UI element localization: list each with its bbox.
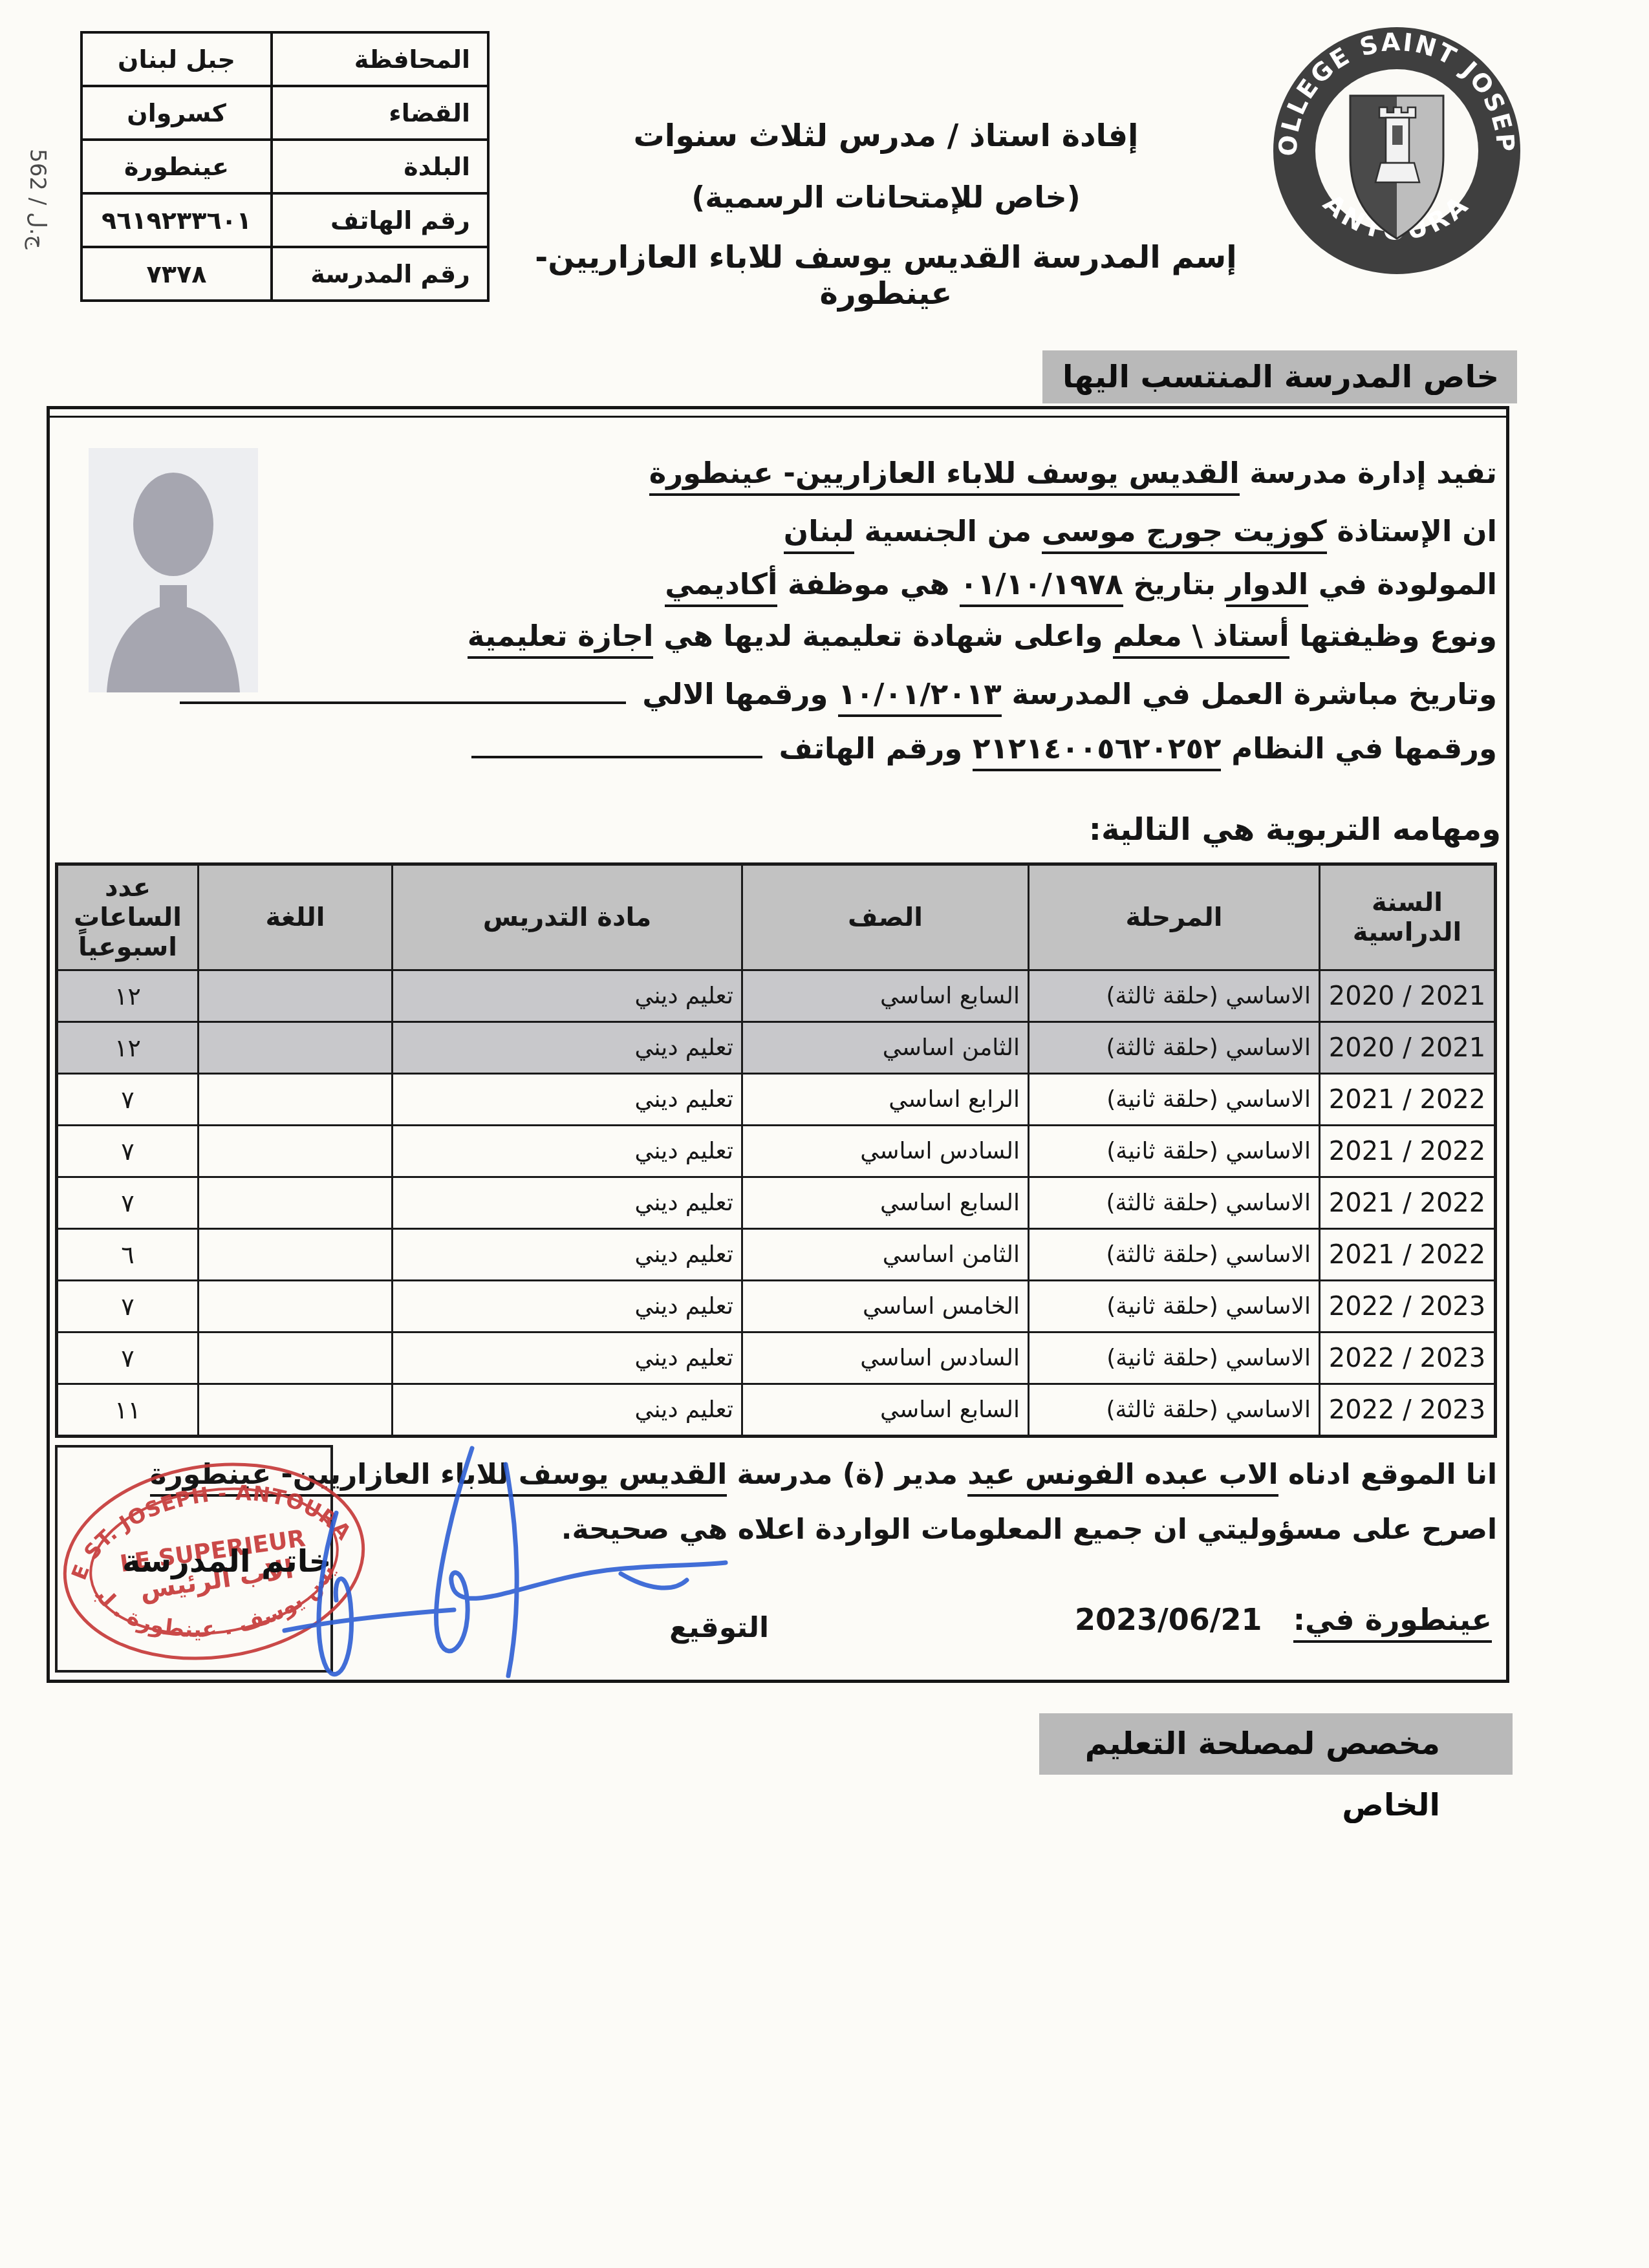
cell-school-year: 2021 / 2022: [1320, 1126, 1496, 1177]
admin-info-table: المحافظةجبل لبنانالقضاءكسروانالبلدةعينطو…: [80, 31, 490, 302]
text-segment: ان الإستاذة: [1327, 514, 1497, 548]
cell-class: السابع اساسي: [742, 1384, 1029, 1437]
cell-weekly-hours: ٧: [57, 1126, 199, 1177]
cell-language: [199, 1022, 393, 1074]
document-page: 562 / ج.ل المحافظةجبل لبنانالقضاءكسروانا…: [0, 0, 1649, 2268]
cell-class: السادس اساسي: [742, 1126, 1029, 1177]
duties-table: السنة الدراسيةالمرحلةالصفمادة التدريسالل…: [55, 862, 1497, 1438]
statement-line: ان الإستاذة كوزيت جورج موسى من الجنسية ل…: [784, 514, 1497, 548]
duties-column-header: مادة التدريس: [393, 864, 742, 970]
box-inner-top-rule: [50, 416, 1506, 418]
director-signature: [259, 1429, 750, 1700]
statement-line: تفيد إدارة مدرسة القديس يوسف للاباء العا…: [649, 456, 1497, 490]
info-value: كسروان: [81, 86, 272, 140]
cell-stage: الاساسي (حلقة ثالثة): [1029, 970, 1320, 1022]
cell-stage: الاساسي (حلقة ثالثة): [1029, 1229, 1320, 1281]
text-segment: انا الموقع ادناه: [1278, 1458, 1497, 1491]
cell-subject: تعليم ديني: [393, 1126, 742, 1177]
info-value: ٩٦١٩٢٣٣٦٠١: [81, 193, 272, 247]
school-name-title: إسم المدرسة القديس يوسف للاباء العازاريي…: [517, 239, 1255, 312]
cell-stage: الاساسي (حلقة ثالثة): [1029, 1177, 1320, 1229]
cell-school-year: 2021 / 2022: [1320, 1229, 1496, 1281]
underlined-text: لبنان: [784, 514, 854, 554]
cell-stage: الاساسي (حلقة ثانية): [1029, 1332, 1320, 1384]
text-segment: ورقمها في النظام: [1221, 731, 1497, 765]
underlined-text: القديس يوسف للاباء العازاريين- عينطورة: [649, 456, 1240, 496]
underlined-text: ٠١/١٠/١٩٧٨: [960, 567, 1123, 607]
underlined-text: أستاذ \ معلم: [1113, 619, 1289, 659]
cell-subject: تعليم ديني: [393, 1229, 742, 1281]
duties-row: 2020 / 2021الاساسي (حلقة ثالثة)الثامن اس…: [57, 1022, 1496, 1074]
info-row: القضاءكسروان: [81, 86, 488, 140]
cell-weekly-hours: ١٢: [57, 970, 199, 1022]
text-segment: المولودة في: [1308, 567, 1497, 601]
cell-language: [199, 1177, 393, 1229]
duties-row: 2021 / 2022الاساسي (حلقة ثانية)الرابع اس…: [57, 1074, 1496, 1126]
cell-weekly-hours: ٧: [57, 1074, 199, 1126]
info-value: عينطورة: [81, 140, 272, 193]
info-row: البلدةعينطورة: [81, 140, 488, 193]
info-value: جبل لبنان: [81, 32, 272, 86]
cell-weekly-hours: ١٢: [57, 1022, 199, 1074]
info-row: رقم الهاتف٩٦١٩٢٣٣٦٠١: [81, 193, 488, 247]
date-value: 2023/06/21: [1075, 1602, 1262, 1637]
cell-class: السادس اساسي: [742, 1332, 1029, 1384]
cell-stage: الاساسي (حلقة ثالثة): [1029, 1022, 1320, 1074]
duties-row: 2022 / 2023الاساسي (حلقة ثانية)الخامس اس…: [57, 1281, 1496, 1332]
cell-stage: الاساسي (حلقة ثانية): [1029, 1281, 1320, 1332]
cell-weekly-hours: ١١: [57, 1384, 199, 1437]
cell-subject: تعليم ديني: [393, 1332, 742, 1384]
text-segment: مدير (ة) مدرسة: [727, 1458, 967, 1491]
duties-row: 2021 / 2022الاساسي (حلقة ثالثة)السابع اس…: [57, 1177, 1496, 1229]
cell-school-year: 2022 / 2023: [1320, 1384, 1496, 1437]
cell-class: الخامس اساسي: [742, 1281, 1029, 1332]
cell-language: [199, 970, 393, 1022]
duties-row: 2022 / 2023الاساسي (حلقة ثانية)السادس اس…: [57, 1332, 1496, 1384]
text-segment: ورقم الهاتف: [769, 731, 973, 765]
statement-line: ونوع وظيفتها أستاذ \ معلم واعلى شهادة تع…: [468, 619, 1497, 653]
school-logo: COLLEGE SAINT JOSEPH ANTOURA: [1269, 23, 1524, 278]
cell-language: [199, 1281, 393, 1332]
info-label: رقم المدرسة: [272, 247, 488, 301]
blank-line: [471, 733, 762, 758]
underlined-text: الاب عبده الفونس عيد: [967, 1458, 1278, 1497]
certificate-subtitle: (خاص للإمتحانات الرسمية): [517, 180, 1255, 215]
underlined-text: ١٠/٠١/٢٠١٣: [838, 677, 1002, 717]
duties-row: 2020 / 2021الاساسي (حلقة ثالثة)السابع اس…: [57, 970, 1496, 1022]
info-label: المحافظة: [272, 32, 488, 86]
text-segment: ورقمها الالي: [632, 677, 838, 711]
duties-row: 2021 / 2022الاساسي (حلقة ثالثة)الثامن اس…: [57, 1229, 1496, 1281]
cell-school-year: 2022 / 2023: [1320, 1281, 1496, 1332]
info-label: رقم الهاتف: [272, 193, 488, 247]
duties-column-header: الصف: [742, 864, 1029, 970]
cell-school-year: 2022 / 2023: [1320, 1332, 1496, 1384]
info-row: رقم المدرسة٧٣٧٨: [81, 247, 488, 301]
cell-subject: تعليم ديني: [393, 970, 742, 1022]
text-segment: من الجنسية: [854, 514, 1042, 548]
underlined-text: ٢١٢١٤٠٠٥٦٢٠٢٥٢: [973, 731, 1222, 771]
duties-column-header: المرحلة: [1029, 864, 1320, 970]
underlined-text: اجازة تعليمية: [468, 619, 654, 659]
statement-line: المولودة في الدوار بتاريخ ٠١/١٠/١٩٧٨ هي …: [665, 567, 1497, 601]
blank-line: [180, 678, 626, 704]
text-segment: ونوع وظيفتها: [1289, 619, 1497, 653]
margin-reference-number: 562 / ج.ل: [25, 149, 50, 249]
underlined-text: الدوار: [1226, 567, 1309, 607]
date-line: عينطورة في: 2023/06/21: [1075, 1602, 1492, 1637]
cell-class: السابع اساسي: [742, 1177, 1029, 1229]
cell-stage: الاساسي (حلقة ثانية): [1029, 1074, 1320, 1126]
date-place-prefix: عينطورة في:: [1293, 1602, 1492, 1643]
cell-school-year: 2021 / 2022: [1320, 1177, 1496, 1229]
cell-class: الثامن اساسي: [742, 1229, 1029, 1281]
cell-language: [199, 1126, 393, 1177]
cell-school-year: 2021 / 2022: [1320, 1074, 1496, 1126]
cell-language: [199, 1074, 393, 1126]
statement-line: وتاريخ مباشرة العمل في المدرسة ١٠/٠١/٢٠١…: [180, 677, 1497, 711]
section-header-private-education: مخصص لمصلحة التعليم الخاص: [1039, 1713, 1513, 1775]
cell-subject: تعليم ديني: [393, 1281, 742, 1332]
underlined-text: أكاديمي: [665, 567, 777, 607]
cell-school-year: 2020 / 2021: [1320, 1022, 1496, 1074]
text-segment: هي موظفة: [777, 567, 960, 601]
cell-language: [199, 1229, 393, 1281]
document-titles: إفادة استاذ / مدرس لثلاث سنوات (خاص للإم…: [517, 118, 1255, 312]
text-segment: بتاريخ: [1123, 567, 1226, 601]
cell-subject: تعليم ديني: [393, 1022, 742, 1074]
cell-weekly-hours: ٧: [57, 1332, 199, 1384]
cell-stage: الاساسي (حلقة ثالثة): [1029, 1384, 1320, 1437]
cell-weekly-hours: ٧: [57, 1177, 199, 1229]
info-value: ٧٣٧٨: [81, 247, 272, 301]
section-header-school: خاص المدرسة المنتسب اليها: [1042, 350, 1517, 403]
duties-column-header: السنة الدراسية: [1320, 864, 1496, 970]
text-segment: تفيد إدارة مدرسة: [1240, 456, 1497, 490]
duties-heading: ومهامه التربوية هي التالية:: [1089, 811, 1501, 848]
cell-stage: الاساسي (حلقة ثانية): [1029, 1126, 1320, 1177]
statement-line: ورقمها في النظام ٢١٢١٤٠٠٥٦٢٠٢٥٢ ورقم اله…: [471, 731, 1497, 765]
certificate-title: إفادة استاذ / مدرس لثلاث سنوات: [517, 118, 1255, 154]
info-label: القضاء: [272, 86, 488, 140]
cell-subject: تعليم ديني: [393, 1177, 742, 1229]
underlined-text: كوزيت جورج موسى: [1042, 514, 1327, 554]
duties-row: 2021 / 2022الاساسي (حلقة ثانية)السادس اس…: [57, 1126, 1496, 1177]
text-segment: وتاريخ مباشرة العمل في المدرسة: [1002, 677, 1497, 711]
cell-class: السابع اساسي: [742, 970, 1029, 1022]
duties-column-header: اللغة: [199, 864, 393, 970]
teacher-photo-placeholder: [89, 448, 258, 692]
cell-language: [199, 1332, 393, 1384]
cell-subject: تعليم ديني: [393, 1074, 742, 1126]
cell-weekly-hours: ٦: [57, 1229, 199, 1281]
cell-class: الرابع اساسي: [742, 1074, 1029, 1126]
info-label: البلدة: [272, 140, 488, 193]
duties-column-header: عدد الساعات اسبوعياً: [57, 864, 199, 970]
cell-weekly-hours: ٧: [57, 1281, 199, 1332]
cell-class: الثامن اساسي: [742, 1022, 1029, 1074]
text-segment: واعلى شهادة تعليمية لديها هي: [653, 619, 1113, 653]
cell-school-year: 2020 / 2021: [1320, 970, 1496, 1022]
info-row: المحافظةجبل لبنان: [81, 32, 488, 86]
